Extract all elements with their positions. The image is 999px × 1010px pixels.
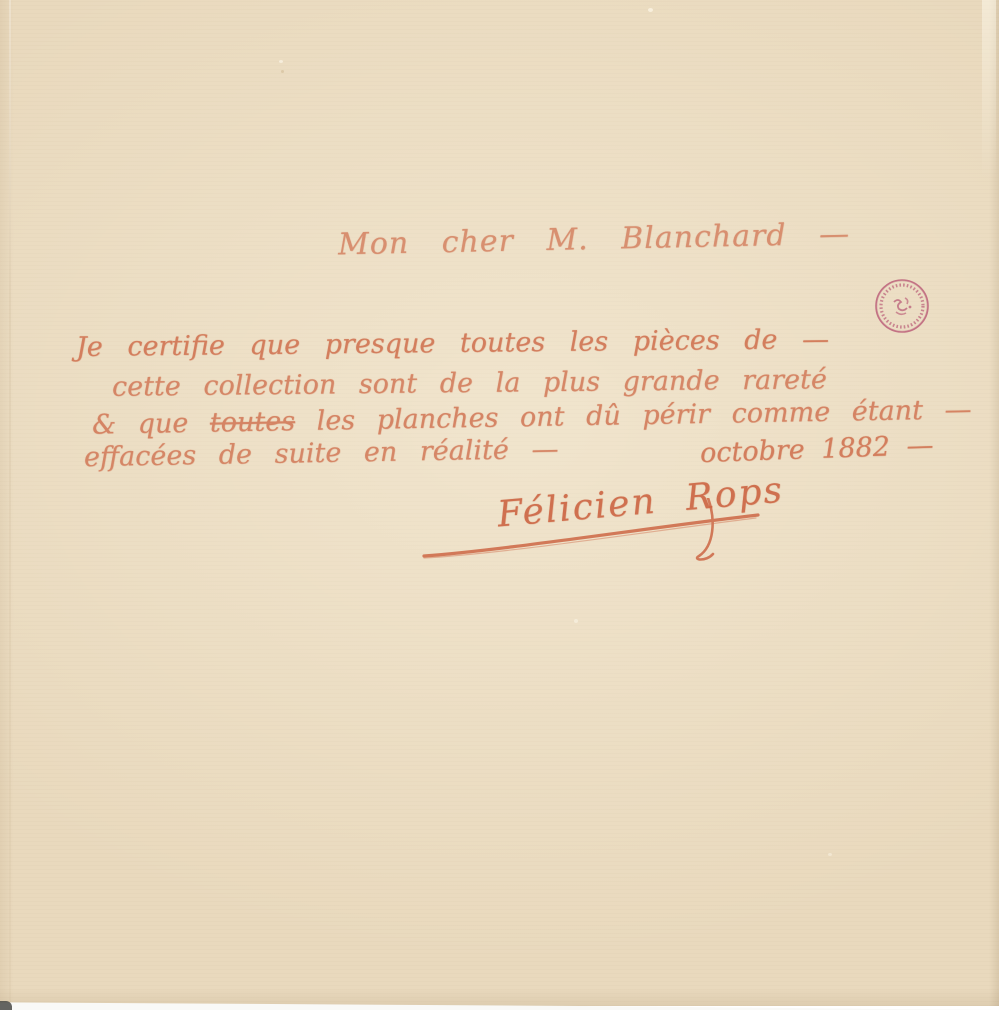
- paper-speck: [279, 60, 283, 63]
- scan-corner-mark: [0, 1001, 12, 1010]
- paper-speck: [574, 619, 578, 623]
- body-line-3-struck-word: toutes: [210, 406, 296, 438]
- paper-corner-sliver: [982, 0, 996, 210]
- scanned-document-page: Mon cher M. Blanchard — Je certifie que …: [0, 0, 999, 1010]
- paper-speck: [828, 853, 832, 856]
- signature-flourish: [416, 498, 766, 573]
- body-line-3-pre: & que: [92, 408, 210, 441]
- collector-stamp-icon: [872, 276, 932, 336]
- paper-fold-line: [9, 0, 11, 1006]
- paper-speck: [648, 8, 653, 12]
- paper-speck: [281, 70, 284, 73]
